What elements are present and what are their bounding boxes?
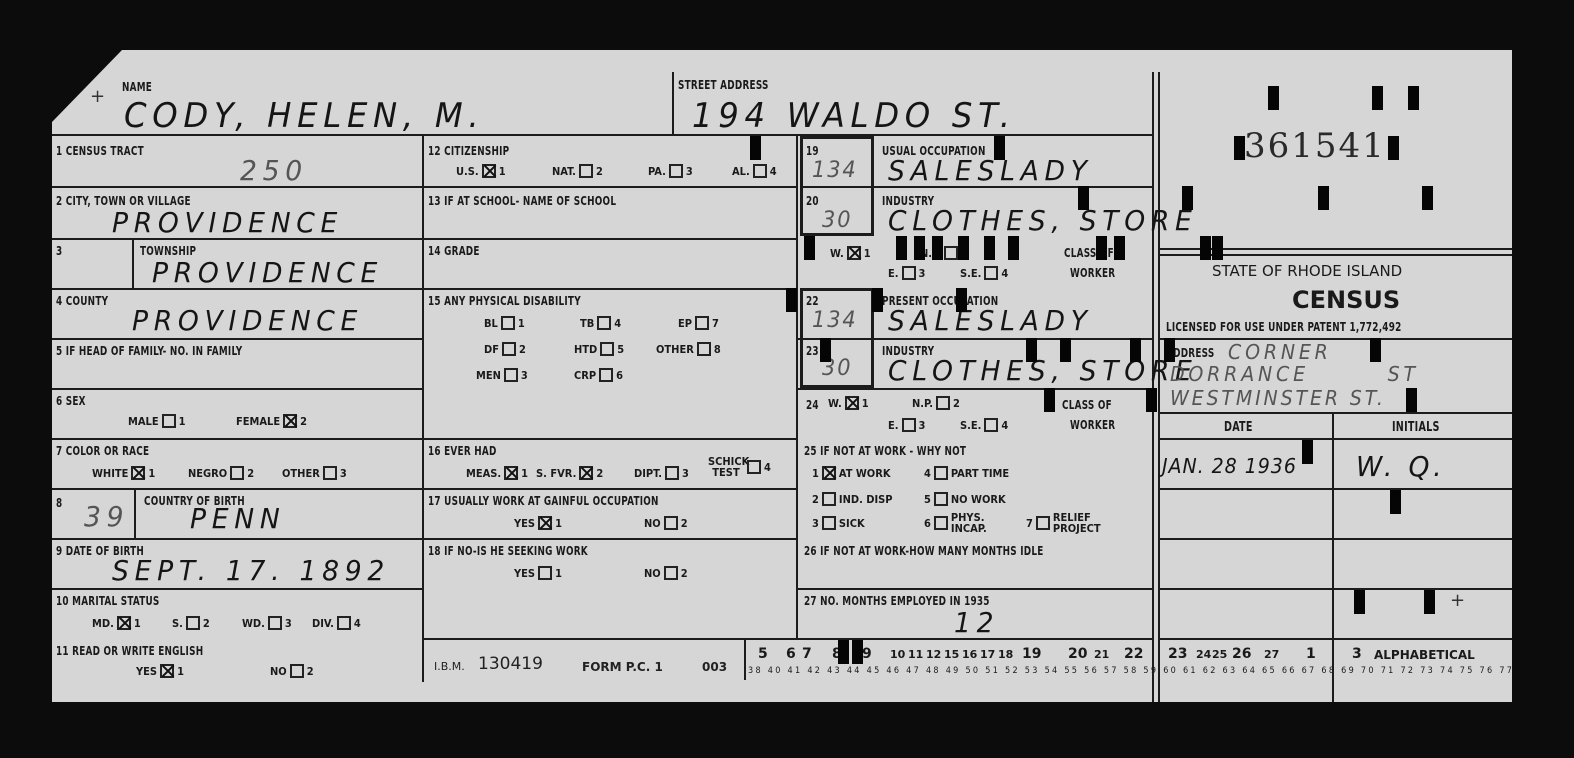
option-number: 2 bbox=[596, 467, 603, 480]
divider bbox=[796, 588, 1152, 590]
option-label: BL bbox=[484, 317, 498, 330]
punch-hole bbox=[1388, 136, 1399, 160]
why-not-at-work-label: 25 IF NOT AT WORK - WHY NOT bbox=[804, 444, 966, 458]
seeking-no-option[interactable]: NO2 bbox=[644, 566, 688, 580]
physical-disability-label: 15 ANY PHYSICAL DISABILITY bbox=[428, 294, 581, 308]
state-title: STATE OF RHODE ISLAND bbox=[1212, 262, 1402, 280]
checkbox-checked[interactable] bbox=[845, 396, 859, 410]
disability-men-option[interactable]: MEN3 bbox=[476, 368, 528, 382]
option-label: RELIEF PROJECT bbox=[1053, 512, 1109, 534]
punch-hole bbox=[956, 288, 967, 312]
checkbox[interactable] bbox=[600, 342, 614, 356]
checkbox[interactable] bbox=[230, 466, 244, 480]
punch-hole bbox=[1130, 338, 1141, 362]
option-label: DIPT. bbox=[634, 467, 662, 480]
checkbox-checked[interactable] bbox=[482, 164, 496, 178]
months-employed-value: 12 bbox=[954, 606, 999, 639]
option-number: 4 bbox=[614, 317, 621, 330]
disability-htd-option[interactable]: HTD5 bbox=[574, 342, 624, 356]
divider bbox=[1152, 72, 1154, 702]
race-other-option[interactable]: OTHER3 bbox=[282, 466, 347, 480]
checkbox[interactable] bbox=[502, 342, 516, 356]
why-no-work-option[interactable]: 5NO WORK bbox=[924, 492, 1006, 506]
option-label: NAT. bbox=[552, 165, 576, 178]
checkbox-checked[interactable] bbox=[160, 664, 174, 678]
street-address-value: 194 WALDO ST. bbox=[692, 96, 1016, 136]
ever-had-scarlet-fever-option[interactable]: S. FVR.2 bbox=[536, 466, 603, 480]
checkbox[interactable] bbox=[902, 266, 916, 280]
disability-tb-option[interactable]: TB4 bbox=[580, 316, 621, 330]
column-group-label: 18 bbox=[998, 648, 1013, 661]
checkbox[interactable] bbox=[664, 566, 678, 580]
option-number: 6 bbox=[616, 369, 623, 382]
serial-number: 361541 bbox=[1244, 126, 1386, 166]
option-label: NO bbox=[644, 567, 661, 580]
read-write-english-label: 11 READ OR WRITE ENGLISH bbox=[56, 644, 203, 658]
sex-male-option[interactable]: MALE1 bbox=[128, 414, 185, 428]
punch-hole bbox=[1164, 338, 1175, 362]
checkbox[interactable] bbox=[1036, 516, 1050, 530]
option-number: 2 bbox=[300, 415, 307, 428]
option-label: PART TIME bbox=[951, 467, 1009, 480]
option-number: 4 bbox=[1001, 419, 1008, 432]
divider bbox=[52, 588, 422, 590]
seeking-yes-option[interactable]: YES1 bbox=[514, 566, 562, 580]
option-number: 3 bbox=[285, 617, 292, 630]
initials-value: W. Q. bbox=[1356, 450, 1445, 483]
checkbox[interactable] bbox=[936, 396, 950, 410]
checkbox[interactable] bbox=[984, 266, 998, 280]
marital-div-option[interactable]: DIV.4 bbox=[312, 616, 361, 630]
divider bbox=[1158, 72, 1160, 702]
checkbox-checked[interactable] bbox=[131, 466, 145, 480]
why-phys-incap-option[interactable]: 6PHYS. INCAP. bbox=[924, 512, 1014, 534]
column-group-label: 19 bbox=[1022, 646, 1041, 662]
option-number: 3 bbox=[919, 267, 926, 280]
checkbox[interactable] bbox=[747, 460, 761, 474]
disability-bl-option[interactable]: BL1 bbox=[484, 316, 525, 330]
why-at-work-option[interactable]: 1AT WORK bbox=[812, 466, 891, 480]
checkbox[interactable] bbox=[538, 566, 552, 580]
punch-hole bbox=[1370, 338, 1381, 362]
option-label: S. FVR. bbox=[536, 467, 576, 480]
checkbox[interactable] bbox=[501, 316, 515, 330]
checkbox-checked[interactable] bbox=[117, 616, 131, 630]
divider bbox=[796, 388, 1152, 390]
patent-label: LICENSED FOR USE UNDER PATENT 1,772,492 bbox=[1166, 320, 1402, 334]
option-number: 2 bbox=[307, 665, 314, 678]
punch-hole bbox=[914, 236, 925, 260]
divider bbox=[52, 538, 796, 540]
date-of-birth-value: SEPT. 17. 1892 bbox=[112, 554, 390, 587]
present-class-e-option[interactable]: E.3 bbox=[888, 418, 925, 432]
option-label: N.P. bbox=[912, 397, 933, 410]
option-number: 4 bbox=[770, 165, 777, 178]
option-number: 2 bbox=[681, 567, 688, 580]
why-ind-disp-option[interactable]: 2IND. DISP bbox=[812, 492, 893, 506]
ibm-label: I.B.M. bbox=[434, 660, 465, 673]
divider bbox=[1158, 338, 1512, 340]
divider bbox=[52, 438, 796, 440]
checkbox[interactable] bbox=[337, 616, 351, 630]
option-label: MD. bbox=[92, 617, 114, 630]
punch-hole bbox=[1060, 338, 1071, 362]
punch-hole bbox=[1096, 236, 1107, 260]
checkbox[interactable] bbox=[268, 616, 282, 630]
why-sick-option[interactable]: 3SICK bbox=[812, 516, 865, 530]
census-tract-label: 1 CENSUS TRACT bbox=[56, 144, 144, 158]
option-label: HTD bbox=[574, 343, 597, 356]
checkbox[interactable] bbox=[665, 466, 679, 480]
race-negro-option[interactable]: NEGRO2 bbox=[188, 466, 254, 480]
option-number: 4 bbox=[354, 617, 361, 630]
checkbox[interactable] bbox=[934, 466, 948, 480]
head-of-family-label: 5 IF HEAD OF FAMILY- NO. IN FAMILY bbox=[56, 344, 242, 358]
checkbox[interactable] bbox=[822, 492, 836, 506]
option-label: S.E. bbox=[960, 419, 981, 432]
english-no-option[interactable]: NO2 bbox=[270, 664, 314, 678]
citizenship-pa-option[interactable]: PA.3 bbox=[648, 164, 693, 178]
class-of-worker-label: CLASS OF bbox=[1062, 398, 1112, 412]
option-label: OTHER bbox=[282, 467, 320, 480]
option-label: CRP bbox=[574, 369, 596, 382]
option-label: NO WORK bbox=[951, 493, 1006, 506]
checkbox[interactable] bbox=[753, 164, 767, 178]
punch-hole bbox=[958, 236, 969, 260]
option-label: W. bbox=[830, 247, 844, 260]
marital-wd-option[interactable]: WD.3 bbox=[242, 616, 292, 630]
punch-hole bbox=[1044, 388, 1055, 412]
field-24-number: 24 bbox=[806, 398, 819, 412]
option-label: S. bbox=[172, 617, 183, 630]
checkbox[interactable] bbox=[597, 316, 611, 330]
option-label: MEAS. bbox=[466, 467, 501, 480]
punch-hole bbox=[1408, 86, 1419, 110]
punch-hole bbox=[1212, 236, 1223, 260]
address-line-2: DORRANCE ST bbox=[1170, 362, 1419, 386]
field-19-number: 19 bbox=[806, 144, 819, 158]
punch-hole bbox=[1354, 590, 1365, 614]
checkbox[interactable] bbox=[599, 368, 613, 382]
option-number: 3 bbox=[686, 165, 693, 178]
option-label: U.S. bbox=[456, 165, 479, 178]
option-number: 2 bbox=[681, 517, 688, 530]
punch-hole bbox=[994, 136, 1005, 160]
punch-hole bbox=[872, 288, 883, 312]
class-of-worker-label: WORKER bbox=[1070, 266, 1115, 280]
option-number: 6 bbox=[924, 518, 931, 529]
column-group-label: 7 bbox=[802, 646, 812, 662]
option-label: YES bbox=[514, 517, 535, 530]
punch-hole bbox=[820, 338, 831, 362]
option-label: SICK bbox=[839, 517, 865, 530]
option-label: NO bbox=[270, 665, 287, 678]
column-group-label: 20 bbox=[1068, 646, 1087, 662]
punch-hole bbox=[1268, 86, 1279, 110]
divider bbox=[422, 640, 424, 682]
months-idle-label: 26 IF NOT AT WORK-HOW MANY MONTHS IDLE bbox=[804, 544, 1044, 558]
why-relief-project-option[interactable]: 7RELIEF PROJECT bbox=[1026, 512, 1126, 534]
usual-occupation-value: SALESLADY bbox=[888, 154, 1093, 187]
option-number: 1 bbox=[134, 617, 141, 630]
option-number: 2 bbox=[596, 165, 603, 178]
checkbox[interactable] bbox=[695, 316, 709, 330]
option-number: 7 bbox=[1026, 518, 1033, 529]
option-label: MEN bbox=[476, 369, 501, 382]
option-label: YES bbox=[514, 567, 535, 580]
column-group-label: 25 bbox=[1212, 648, 1227, 661]
option-label: FEMALE bbox=[236, 415, 280, 428]
date-header: DATE bbox=[1224, 420, 1253, 435]
option-number: 1 bbox=[864, 247, 871, 260]
punch-hole bbox=[1008, 236, 1019, 260]
divider bbox=[1158, 638, 1512, 640]
field-3-number: 3 bbox=[56, 244, 62, 258]
sex-label: 6 SEX bbox=[56, 394, 86, 408]
present-class-se-option[interactable]: S.E.4 bbox=[960, 418, 1008, 432]
punch-hole bbox=[932, 236, 943, 260]
option-number: 7 bbox=[712, 317, 719, 330]
present-class-w-option[interactable]: W.1 bbox=[828, 396, 869, 410]
why-part-time-option[interactable]: 4PART TIME bbox=[924, 466, 1009, 480]
punch-hole bbox=[786, 288, 797, 312]
country-code-value: 39 bbox=[84, 500, 129, 533]
sex-female-option[interactable]: FEMALE2 bbox=[236, 414, 307, 428]
column-group-label: 16 bbox=[962, 648, 977, 661]
column-group-label: 23 bbox=[1168, 646, 1187, 662]
citizenship-label: 12 CITIZENSHIP bbox=[428, 144, 509, 158]
option-label: NO bbox=[644, 517, 661, 530]
divider bbox=[52, 338, 422, 340]
usual-class-w-option[interactable]: W.1 bbox=[830, 246, 871, 260]
township-value: PROVIDENCE bbox=[152, 256, 383, 289]
column-group-label: ALPHABETICAL bbox=[1374, 648, 1475, 662]
divider bbox=[1158, 412, 1512, 414]
checkbox-checked[interactable] bbox=[579, 466, 593, 480]
column-group-label: 11 bbox=[908, 648, 923, 661]
checkbox[interactable] bbox=[290, 664, 304, 678]
divider bbox=[132, 238, 134, 288]
punch-hole bbox=[804, 236, 815, 260]
divider bbox=[796, 134, 798, 640]
country-of-birth-value: PENN bbox=[190, 502, 285, 535]
punch-hole bbox=[1234, 136, 1245, 160]
option-number: 3 bbox=[340, 467, 347, 480]
county-label: 4 COUNTY bbox=[56, 294, 108, 308]
form-code: 003 bbox=[702, 660, 727, 674]
option-number: 4 bbox=[1001, 267, 1008, 280]
checkbox[interactable] bbox=[934, 492, 948, 506]
column-numbers: 38 40 41 42 43 44 45 46 47 48 49 50 51 5… bbox=[748, 666, 1574, 676]
column-group-label: 3 bbox=[1352, 646, 1362, 662]
option-number: 1 bbox=[521, 467, 528, 480]
ever-had-diphtheria-option[interactable]: DIPT.3 bbox=[634, 466, 689, 480]
divider bbox=[422, 638, 1154, 640]
option-label: DF bbox=[484, 343, 499, 356]
marital-status-label: 10 MARITAL STATUS bbox=[56, 594, 160, 608]
option-label: AL. bbox=[732, 165, 750, 178]
usual-class-e-option[interactable]: E.3 bbox=[888, 266, 925, 280]
punch-hole bbox=[1114, 236, 1125, 260]
option-number: 1 bbox=[148, 467, 155, 480]
date-value: JAN. 28 1936 bbox=[1162, 454, 1297, 478]
initials-header: INITIALS bbox=[1392, 420, 1440, 435]
option-label: IND. DISP bbox=[839, 493, 893, 506]
class-of-worker-label: WORKER bbox=[1070, 418, 1115, 432]
punch-hole bbox=[1078, 186, 1089, 210]
census-title: CENSUS bbox=[1292, 286, 1400, 314]
ever-had-measles-option[interactable]: MEAS.1 bbox=[466, 466, 528, 480]
punch-hole bbox=[1026, 338, 1037, 362]
disability-other-option[interactable]: OTHER8 bbox=[656, 342, 721, 356]
field-23-number: 23 bbox=[806, 344, 819, 358]
column-group-label: 17 bbox=[980, 648, 995, 661]
divider bbox=[52, 388, 422, 390]
option-label: OTHER bbox=[656, 343, 694, 356]
punch-hole bbox=[1182, 186, 1193, 210]
english-yes-option[interactable]: YES1 bbox=[136, 664, 184, 678]
option-number: 1 bbox=[177, 665, 184, 678]
citizenship-us-option[interactable]: U.S.1 bbox=[456, 164, 506, 178]
option-number: 1 bbox=[179, 415, 186, 428]
address-line-3: WESTMINSTER ST. bbox=[1170, 386, 1386, 410]
column-group-label: 24 bbox=[1196, 648, 1211, 661]
option-label: MALE bbox=[128, 415, 159, 428]
option-number: 1 bbox=[812, 467, 819, 480]
city-value: PROVIDENCE bbox=[112, 206, 343, 239]
checkbox[interactable] bbox=[504, 368, 518, 382]
checkbox[interactable] bbox=[323, 466, 337, 480]
option-label: PA. bbox=[648, 165, 666, 178]
checkbox[interactable] bbox=[664, 516, 678, 530]
option-number: 5 bbox=[617, 343, 624, 356]
checkbox[interactable] bbox=[697, 342, 711, 356]
option-label: EP bbox=[678, 317, 692, 330]
usual-industry-code: 30 bbox=[822, 208, 852, 233]
divider bbox=[52, 186, 796, 188]
field-22-number: 22 bbox=[806, 294, 819, 308]
option-number: 2 bbox=[203, 617, 210, 630]
option-label: WHITE bbox=[92, 467, 128, 480]
divider bbox=[744, 640, 746, 680]
ever-had-schick-test-option[interactable]: SCHICK TEST4 bbox=[708, 456, 788, 478]
usual-industry-value: CLOTHES, STORE bbox=[888, 204, 1198, 237]
ever-had-label: 16 EVER HAD bbox=[428, 444, 497, 458]
option-number: 1 bbox=[518, 317, 525, 330]
checkbox[interactable] bbox=[822, 516, 836, 530]
option-number: 2 bbox=[247, 467, 254, 480]
punch-hole bbox=[1406, 388, 1417, 412]
registration-cross-icon: + bbox=[1450, 590, 1465, 611]
option-number: 1 bbox=[555, 567, 562, 580]
option-label: E. bbox=[888, 419, 899, 432]
checkbox-checked[interactable] bbox=[847, 246, 861, 260]
race-white-option[interactable]: WHITE1 bbox=[92, 466, 155, 480]
divider bbox=[52, 488, 796, 490]
option-label: WD. bbox=[242, 617, 265, 630]
marital-md-option[interactable]: MD.1 bbox=[92, 616, 141, 630]
divider bbox=[1158, 438, 1512, 440]
checkbox[interactable] bbox=[902, 418, 916, 432]
punch-hole bbox=[984, 236, 995, 260]
option-number: 3 bbox=[682, 467, 689, 480]
checkbox-checked[interactable] bbox=[538, 516, 552, 530]
checkbox[interactable] bbox=[669, 164, 683, 178]
checkbox-checked[interactable] bbox=[283, 414, 297, 428]
column-group-label: 27 bbox=[1264, 648, 1279, 661]
field-8-number: 8 bbox=[56, 496, 62, 510]
checkbox[interactable] bbox=[984, 418, 998, 432]
punch-hole bbox=[1146, 388, 1157, 412]
option-number: 4 bbox=[764, 462, 771, 473]
divider bbox=[422, 134, 424, 640]
divider bbox=[672, 72, 674, 136]
column-group-label: 15 bbox=[944, 648, 959, 661]
disability-crp-option[interactable]: CRP6 bbox=[574, 368, 623, 382]
punch-hole bbox=[1390, 490, 1401, 514]
column-group-label: 9 bbox=[862, 646, 872, 662]
seeking-work-label: 18 IF NO-IS HE SEEKING WORK bbox=[428, 544, 588, 558]
citizenship-al-option[interactable]: AL.4 bbox=[732, 164, 777, 178]
usual-class-se-option[interactable]: S.E.4 bbox=[960, 266, 1008, 280]
divider bbox=[1158, 488, 1512, 490]
ibm-number: 130419 bbox=[478, 654, 543, 674]
option-label: E. bbox=[888, 267, 899, 280]
checkbox[interactable] bbox=[162, 414, 176, 428]
gainful-yes-option[interactable]: YES1 bbox=[514, 516, 562, 530]
marital-s-option[interactable]: S.2 bbox=[172, 616, 210, 630]
gainful-no-option[interactable]: NO2 bbox=[644, 516, 688, 530]
checkbox-checked[interactable] bbox=[504, 466, 518, 480]
option-number: 8 bbox=[714, 343, 721, 356]
option-label: AT WORK bbox=[839, 467, 891, 480]
option-label: PHYS. INCAP. bbox=[951, 512, 995, 534]
present-class-np-option[interactable]: N.P.2 bbox=[912, 396, 960, 410]
divider bbox=[796, 338, 1152, 340]
column-group-label: 12 bbox=[926, 648, 941, 661]
disability-ep-option[interactable]: EP7 bbox=[678, 316, 719, 330]
citizenship-nat-option[interactable]: NAT.2 bbox=[552, 164, 603, 178]
option-label: SCHICK TEST bbox=[708, 456, 744, 478]
checkbox[interactable] bbox=[579, 164, 593, 178]
checkbox[interactable] bbox=[944, 246, 958, 260]
checkbox[interactable] bbox=[186, 616, 200, 630]
checkbox-checked[interactable] bbox=[822, 466, 836, 480]
divider bbox=[1158, 538, 1512, 540]
option-number: 3 bbox=[919, 419, 926, 432]
disability-df-option[interactable]: DF2 bbox=[484, 342, 526, 356]
punch-hole bbox=[1422, 186, 1433, 210]
option-number: 1 bbox=[499, 165, 506, 178]
checkbox[interactable] bbox=[934, 516, 948, 530]
column-group-label: 10 bbox=[890, 648, 905, 661]
registration-cross-icon: + bbox=[90, 86, 105, 107]
field-20-number: 20 bbox=[806, 194, 819, 208]
option-number: 2 bbox=[812, 493, 819, 506]
option-number: 1 bbox=[862, 397, 869, 410]
present-industry-value: CLOTHES, STORE bbox=[888, 354, 1198, 387]
option-number: 5 bbox=[924, 493, 931, 506]
punch-hole bbox=[1318, 186, 1329, 210]
name-value: CODY, HELEN, M. bbox=[124, 96, 484, 136]
option-label: NEGRO bbox=[188, 467, 227, 480]
option-label: S.E. bbox=[960, 267, 981, 280]
column-group-label: 21 bbox=[1094, 648, 1109, 661]
punch-hole bbox=[750, 136, 761, 160]
option-label: W. bbox=[828, 397, 842, 410]
option-label: YES bbox=[136, 665, 157, 678]
name-label: NAME bbox=[122, 80, 152, 94]
